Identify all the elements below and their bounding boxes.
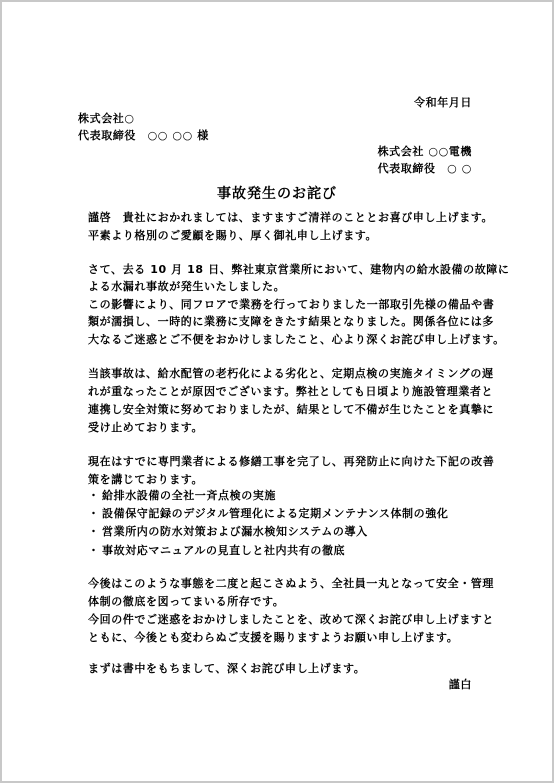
paragraph3-line-2: 策を講じております。 (88, 473, 203, 487)
paragraph1-line-1: さて、去る 10 月 18 日、弊社東京営業所において、建物内の給水設備の故障に (88, 263, 510, 277)
paragraph2-line-2: れが重なったことが原因でございます。弊社としても日頃より施設管理業者と (88, 385, 493, 399)
recipient-company: 株式会社○ (78, 112, 135, 126)
measure-item: ・給排水設備の全社一斉点検の実施 (88, 489, 276, 503)
letter-date: 令和年月日 (414, 96, 472, 110)
bullet-icon: ・ (88, 507, 102, 521)
paragraph1-line-3: この影響により、同フロアで業務を行っておりました一部取引先様の備品や書 (88, 298, 494, 312)
bullet-icon: ・ (88, 489, 102, 503)
closing-line: まずは書中をもちまして、深くお詫び申し上げます。 (88, 662, 365, 676)
measure-text: 営業所内の防水対策および漏水検知システムの導入 (102, 525, 368, 538)
recipient-name: 代表取締役 ○○ ○○ 様 (78, 129, 209, 143)
signoff: 謹白 (449, 678, 472, 692)
measure-item: ・営業所内の防水対策および漏水検知システムの導入 (88, 525, 368, 539)
paragraph2-line-1: 当該事故は、給水配管の老朽化による劣化と、定期点検の実施タイミングの遅 (88, 367, 494, 381)
paragraph1-line-5: 大なるご迷惑とご不便をおかけしましたこと、心より深くお詫び申し上げます。 (88, 333, 505, 347)
measure-item: ・事故対応マニュアルの見直しと社内共有の徹底 (88, 544, 345, 558)
greeting-line-2: 平素より格別のご愛顧を賜り、厚く御礼申し上げます。 (88, 229, 377, 243)
sender-name: 代表取締役 ○ ○ (378, 162, 472, 176)
paragraph3-line-1: 現在はすでに専門業者による修繕工事を完了し、再発防止に向けた下記の改善 (88, 455, 494, 469)
paragraph4-line-3: 今回の件でご迷惑をおかけしましたことを、改めて深くお詫び申し上げますと (88, 613, 494, 627)
paragraph4-line-2: 体制の徹底を図ってまいる所存です。 (88, 595, 284, 609)
document-page: 令和年月日 株式会社○ 代表取締役 ○○ ○○ 様 株式会社 ○○電機 代表取締… (0, 0, 554, 783)
bullet-icon: ・ (88, 544, 102, 558)
paragraph4-line-4: ともに、今後とも変わらぬご支援を賜りますようお願い申し上げます。 (88, 631, 458, 645)
greeting-line-1: 謹啓 貴社におかれましては、ますますご清祥のこととお喜び申し上げます。 (88, 211, 493, 225)
paragraph1-line-4: 類が濡損し、一時的に業務に支障をきたす結果となりました。関係各位には多 (88, 315, 494, 329)
paragraph4-line-1: 今後はこのような事態を二度と起こさぬよう、全社員一丸となって安全・管理 (88, 577, 494, 591)
sender-company: 株式会社 ○○電機 (378, 145, 472, 159)
document-title: 事故発生のお詫び (2, 185, 552, 203)
paragraph2-line-3: 連携し安全対策に努めておりましたが、結果として不備が生じたことを真摯に (88, 403, 494, 417)
paragraph1-line-2: よる水漏れ事故が発生いたしました。 (88, 280, 285, 294)
measure-text: 事故対応マニュアルの見直しと社内共有の徹底 (102, 544, 345, 557)
measure-item: ・設備保守記録のデジタル管理化による定期メンテナンス体制の強化 (88, 507, 448, 521)
measure-text: 給排水設備の全社一斉点検の実施 (102, 489, 276, 502)
bullet-icon: ・ (88, 525, 102, 539)
measure-text: 設備保守記録のデジタル管理化による定期メンテナンス体制の強化 (102, 507, 448, 520)
paragraph2-line-4: 受け止めております。 (88, 421, 203, 435)
